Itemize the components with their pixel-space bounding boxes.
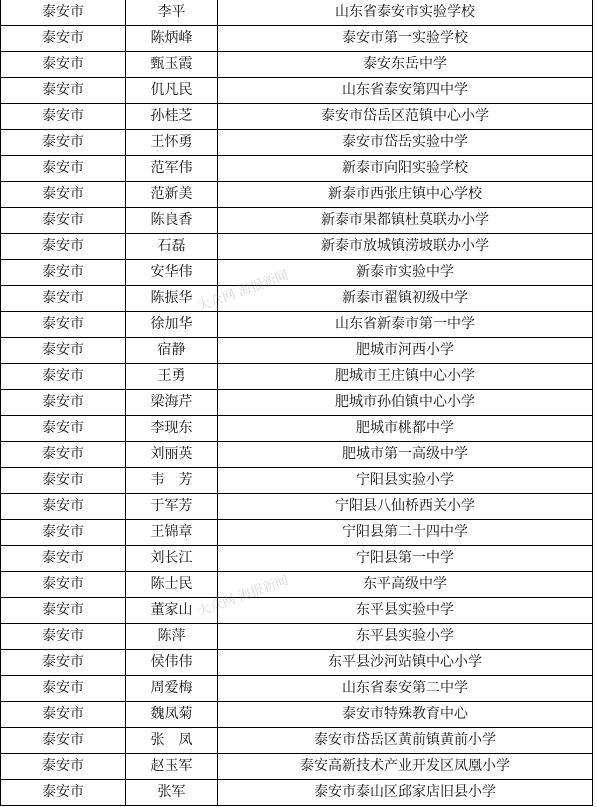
school-cell: 宁阳县第二十四中学 [218,520,593,546]
table-row: 泰安市侯伟伟东平县沙河站镇中心小学 [1,650,593,676]
table-row: 泰安市周爱梅山东省泰安第二中学 [1,676,593,702]
table-row: 泰安市石磊新泰市放城镇涝坡联办小学 [1,234,593,260]
school-cell: 新泰市向阳实验学校 [218,156,593,182]
table-row: 泰安市韦 芳宁阳县实验小学 [1,468,593,494]
name-cell: 刘长江 [126,546,218,572]
city-cell: 泰安市 [1,598,126,624]
school-cell: 东平县沙河站镇中心小学 [218,650,593,676]
table-row: 泰安市孙桂芝泰安市岱岳区范镇中心小学 [1,104,593,130]
school-cell: 肥城市孙伯镇中心小学 [218,390,593,416]
school-cell: 宁阳县实验小学 [218,468,593,494]
city-cell: 泰安市 [1,130,126,156]
name-cell: 侯伟伟 [126,650,218,676]
table-row: 泰安市安华伟新泰市实验中学 [1,260,593,286]
school-cell: 肥城市王庄镇中心小学 [218,364,593,390]
table-row: 泰安市李平山东省泰安市实验学校 [1,0,593,26]
city-cell: 泰安市 [1,494,126,520]
city-cell: 泰安市 [1,650,126,676]
school-cell: 新泰市果都镇杜莫联办小学 [218,208,593,234]
name-cell: 董家山 [126,598,218,624]
table-row: 泰安市范军伟新泰市向阳实验学校 [1,156,593,182]
city-cell: 泰安市 [1,702,126,728]
table-body: 泰安市李平山东省泰安市实验学校泰安市陈炳峰泰安市第一实验学校泰安市甄玉霞泰安东岳… [1,0,593,806]
city-cell: 泰安市 [1,52,126,78]
school-cell: 泰安市岱岳区黄前镇黄前小学 [218,728,593,754]
name-cell: 刘丽英 [126,442,218,468]
table-row: 泰安市张军泰安市泰山区邱家店旧县小学 [1,780,593,806]
city-cell: 泰安市 [1,260,126,286]
name-cell: 张 凤 [126,728,218,754]
school-cell: 东平县实验小学 [218,624,593,650]
city-cell: 泰安市 [1,286,126,312]
city-cell: 泰安市 [1,442,126,468]
table-row: 泰安市仉凡民山东省泰安第四中学 [1,78,593,104]
city-cell: 泰安市 [1,104,126,130]
school-cell: 宁阳县八仙桥西关小学 [218,494,593,520]
city-cell: 泰安市 [1,754,126,780]
city-cell: 泰安市 [1,676,126,702]
name-cell: 王怀勇 [126,130,218,156]
name-cell: 李现东 [126,416,218,442]
name-cell: 宿静 [126,338,218,364]
school-cell: 新泰市西张庄镇中心学校 [218,182,593,208]
table-row: 泰安市陈振华新泰市翟镇初级中学 [1,286,593,312]
name-cell: 陈士民 [126,572,218,598]
school-cell: 泰安市岱岳实验中学 [218,130,593,156]
teacher-list-table: 泰安市李平山东省泰安市实验学校泰安市陈炳峰泰安市第一实验学校泰安市甄玉霞泰安东岳… [0,0,593,806]
table-row: 泰安市甄玉霞泰安东岳中学 [1,52,593,78]
school-cell: 肥城市河西小学 [218,338,593,364]
city-cell: 泰安市 [1,520,126,546]
name-cell: 赵玉军 [126,754,218,780]
table-row: 泰安市魏凤菊泰安市特殊教育中心 [1,702,593,728]
name-cell: 梁海芹 [126,390,218,416]
name-cell: 徐加华 [126,312,218,338]
city-cell: 泰安市 [1,208,126,234]
name-cell: 陈振华 [126,286,218,312]
name-cell: 陈萍 [126,624,218,650]
name-cell: 孙桂芝 [126,104,218,130]
name-cell: 王勇 [126,364,218,390]
school-cell: 山东省泰安第四中学 [218,78,593,104]
table-row: 泰安市陈炳峰泰安市第一实验学校 [1,26,593,52]
school-cell: 山东省泰安市实验学校 [218,0,593,26]
name-cell: 韦 芳 [126,468,218,494]
name-cell: 范军伟 [126,156,218,182]
school-cell: 泰安市第一实验学校 [218,26,593,52]
school-cell: 宁阳县第一中学 [218,546,593,572]
name-cell: 张军 [126,780,218,806]
school-cell: 山东省泰安第二中学 [218,676,593,702]
name-cell: 魏凤菊 [126,702,218,728]
table-row: 泰安市王勇肥城市王庄镇中心小学 [1,364,593,390]
name-cell: 甄玉霞 [126,52,218,78]
table-row: 泰安市梁海芹肥城市孙伯镇中心小学 [1,390,593,416]
city-cell: 泰安市 [1,312,126,338]
table-row: 泰安市徐加华山东省新泰市第一中学 [1,312,593,338]
school-cell: 泰安东岳中学 [218,52,593,78]
school-cell: 新泰市实验中学 [218,260,593,286]
city-cell: 泰安市 [1,546,126,572]
city-cell: 泰安市 [1,780,126,806]
table-row: 泰安市刘长江宁阳县第一中学 [1,546,593,572]
school-cell: 泰安市泰山区邱家店旧县小学 [218,780,593,806]
city-cell: 泰安市 [1,182,126,208]
school-cell: 新泰市翟镇初级中学 [218,286,593,312]
city-cell: 泰安市 [1,468,126,494]
city-cell: 泰安市 [1,338,126,364]
school-cell: 肥城市第一高级中学 [218,442,593,468]
name-cell: 石磊 [126,234,218,260]
city-cell: 泰安市 [1,234,126,260]
name-cell: 王锦章 [126,520,218,546]
table-row: 泰安市范新美新泰市西张庄镇中心学校 [1,182,593,208]
city-cell: 泰安市 [1,728,126,754]
table-row: 泰安市张 凤泰安市岱岳区黄前镇黄前小学 [1,728,593,754]
city-cell: 泰安市 [1,572,126,598]
school-cell: 泰安市特殊教育中心 [218,702,593,728]
school-cell: 东平县实验中学 [218,598,593,624]
table-row: 泰安市陈萍东平县实验小学 [1,624,593,650]
name-cell: 仉凡民 [126,78,218,104]
table-row: 泰安市李现东肥城市桃都中学 [1,416,593,442]
school-cell: 泰安高新技术产业开发区凤凰小学 [218,754,593,780]
table-row: 泰安市宿静肥城市河西小学 [1,338,593,364]
school-cell: 山东省新泰市第一中学 [218,312,593,338]
city-cell: 泰安市 [1,364,126,390]
school-cell: 新泰市放城镇涝坡联办小学 [218,234,593,260]
school-cell: 泰安市岱岳区范镇中心小学 [218,104,593,130]
name-cell: 陈炳峰 [126,26,218,52]
school-cell: 东平高级中学 [218,572,593,598]
city-cell: 泰安市 [1,416,126,442]
city-cell: 泰安市 [1,624,126,650]
city-cell: 泰安市 [1,390,126,416]
name-cell: 周爱梅 [126,676,218,702]
table-row: 泰安市董家山东平县实验中学 [1,598,593,624]
table-row: 泰安市王锦章宁阳县第二十四中学 [1,520,593,546]
table-row: 泰安市赵玉军泰安高新技术产业开发区凤凰小学 [1,754,593,780]
table-row: 泰安市刘丽英肥城市第一高级中学 [1,442,593,468]
name-cell: 于军芳 [126,494,218,520]
table-row: 泰安市王怀勇泰安市岱岳实验中学 [1,130,593,156]
city-cell: 泰安市 [1,0,126,26]
city-cell: 泰安市 [1,78,126,104]
table-row: 泰安市于军芳宁阳县八仙桥西关小学 [1,494,593,520]
table-row: 泰安市陈良香新泰市果都镇杜莫联办小学 [1,208,593,234]
name-cell: 陈良香 [126,208,218,234]
city-cell: 泰安市 [1,26,126,52]
table-row: 泰安市陈士民东平高级中学 [1,572,593,598]
name-cell: 安华伟 [126,260,218,286]
city-cell: 泰安市 [1,156,126,182]
school-cell: 肥城市桃都中学 [218,416,593,442]
name-cell: 范新美 [126,182,218,208]
name-cell: 李平 [126,0,218,26]
